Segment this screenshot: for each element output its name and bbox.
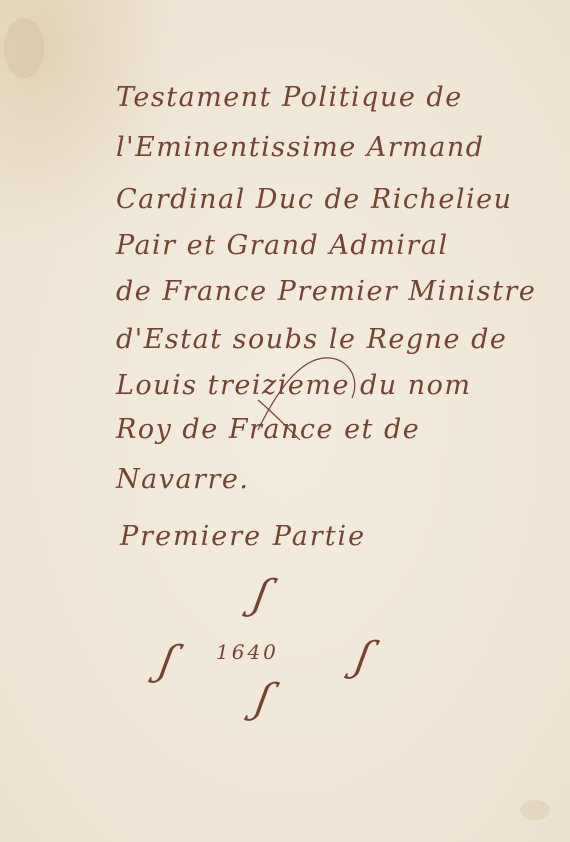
title-line-9: Navarre.	[116, 466, 249, 493]
ornament-left-icon: ʃ	[155, 638, 181, 684]
paper-stain	[520, 800, 550, 820]
subtitle: Premiere Partie	[120, 521, 366, 552]
paper-stain	[4, 18, 44, 78]
title-block: Testament Politique de l'Eminentissime A…	[116, 78, 536, 498]
year: 1640	[216, 640, 279, 664]
manuscript-page: Testament Politique de l'Eminentissime A…	[0, 0, 570, 842]
title-line-4: Pair et Grand Admiral	[116, 232, 449, 259]
title-line-6: d'Estat soubs le Regne de	[116, 326, 507, 353]
title-line-7: Louis treizieme du nom	[116, 372, 472, 399]
ornament-top-icon: ʃ	[249, 572, 275, 618]
title-line-8: Roy de France et de	[116, 416, 420, 443]
title-line-3: Cardinal Duc de Richelieu	[116, 186, 512, 213]
ornament-bottom-icon: ʃ	[251, 676, 277, 722]
ornament-right-icon: ʃ	[351, 634, 377, 680]
title-line-5: de France Premier Ministre	[116, 278, 536, 305]
title-line-1: Testament Politique de	[116, 84, 463, 111]
title-line-2: l'Eminentissime Armand	[116, 134, 485, 161]
